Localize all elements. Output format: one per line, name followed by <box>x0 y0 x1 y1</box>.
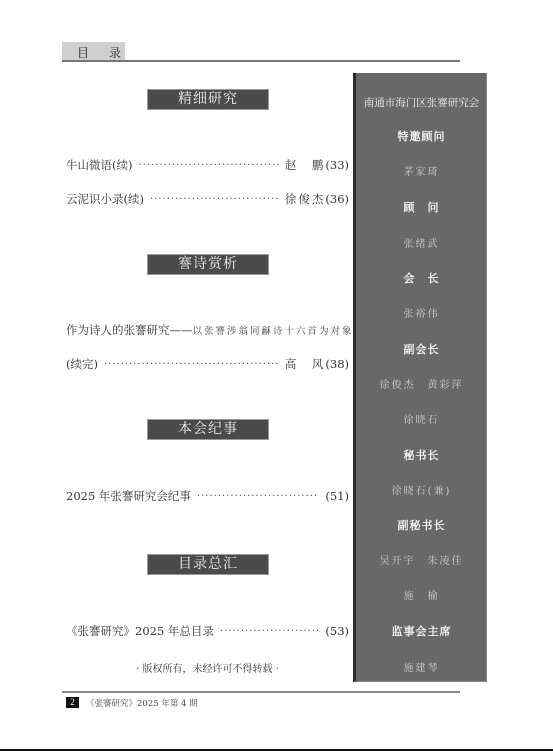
toc-entry-page: (53) <box>325 624 349 638</box>
toc-entry-author: 赵 鹏 <box>285 157 326 173</box>
panel-role: 顾 问 <box>356 199 487 215</box>
panel-role: 副秘书长 <box>356 517 487 533</box>
toc-entry-page: (51) <box>325 489 349 503</box>
toc-entry-line-2[interactable]: (续完) ···································… <box>66 356 349 372</box>
panel-names: 徐俊杰 黄彩萍 <box>356 376 487 391</box>
toc-entry-line-1[interactable]: 作为诗人的张謇研究—— 以张謇涉翁同龢诗十六首为对象 <box>66 322 349 338</box>
toc-leader-dots: ········································… <box>220 626 319 637</box>
masthead-panel: 南通市海门区张謇研究会 特邀顾问 茅家琦 顾 问 张绪武 会 长 张裕伟 副会长… <box>353 73 487 682</box>
toc-entry-title: 牛山微语(续) <box>66 157 132 173</box>
panel-names: 吴开宇 朱凌佳 <box>356 552 487 567</box>
footer-journal-issue: 《张謇研究》2025 年第 4 期 <box>86 697 198 709</box>
toc-entry-title: 《张謇研究》2025 年总目录 <box>66 623 214 639</box>
toc-entry-author: 高 风 <box>285 356 326 372</box>
toc-entry[interactable]: 2025 年张謇研究会纪事 ··························… <box>66 488 349 504</box>
section-head-jishi: 本会纪事 <box>147 419 269 440</box>
toc-entry-title: 2025 年张謇研究会纪事 <box>66 488 191 504</box>
section-head-shici: 謇诗赏析 <box>147 254 269 275</box>
header-tab: 目 录 <box>62 42 125 61</box>
panel-names: 茅家琦 <box>356 163 487 178</box>
panel-names: 徐晓石(兼) <box>356 482 487 497</box>
toc-entry-page: (33) <box>325 158 349 172</box>
panel-role: 特邀顾问 <box>356 128 487 144</box>
footer-rule <box>62 691 460 693</box>
panel-names: 徐晓石 <box>356 411 487 426</box>
section-head-zonghui: 目录总汇 <box>147 554 269 575</box>
toc-leader-dots: ········································… <box>197 491 319 502</box>
panel-role: 秘书长 <box>356 447 487 463</box>
toc-entry[interactable]: 云泥识小录(续) ·······························… <box>66 191 349 207</box>
toc-entry-title: 云泥识小录(续) <box>66 191 144 207</box>
page-number-badge: 2 <box>66 697 79 708</box>
copyright-notice: · 版权所有，未经许可不得转载 · <box>66 660 349 675</box>
panel-names: 张裕伟 <box>356 305 487 320</box>
toc-entry-continuation: (续完) <box>66 356 98 372</box>
toc-entry-page: (36) <box>325 192 349 206</box>
toc-leader-dots: ········································… <box>104 359 279 370</box>
section-head-jingxi: 精细研究 <box>147 89 269 110</box>
toc-leader-dots: ········································… <box>150 194 279 205</box>
panel-role: 会 长 <box>356 270 487 286</box>
toc-entry-page: (38) <box>325 357 349 371</box>
toc-entry-title: 作为诗人的张謇研究—— <box>66 322 193 338</box>
toc-entry-author: 徐俊杰 <box>285 191 326 207</box>
header-tab-char-1: 目 <box>77 44 89 61</box>
toc-entry-subtitle: 以张謇涉翁同龢诗十六首为对象 <box>193 323 354 337</box>
toc-entry[interactable]: 《张謇研究》2025 年总目录 ························… <box>66 623 349 639</box>
panel-role: 副会长 <box>356 341 487 357</box>
panel-role: 监事会主席 <box>356 623 487 639</box>
toc-entry[interactable]: 牛山微语(续) ································… <box>66 157 349 173</box>
panel-org-name: 南通市海门区张謇研究会 <box>356 95 487 110</box>
panel-names: 张绪武 <box>356 235 487 250</box>
header-tab-char-2: 录 <box>109 44 121 61</box>
panel-names: 施 榆 <box>356 587 487 602</box>
toc-leader-dots: ········································… <box>138 160 278 171</box>
panel-names: 施建琴 <box>356 659 487 674</box>
header-rule <box>62 60 460 62</box>
